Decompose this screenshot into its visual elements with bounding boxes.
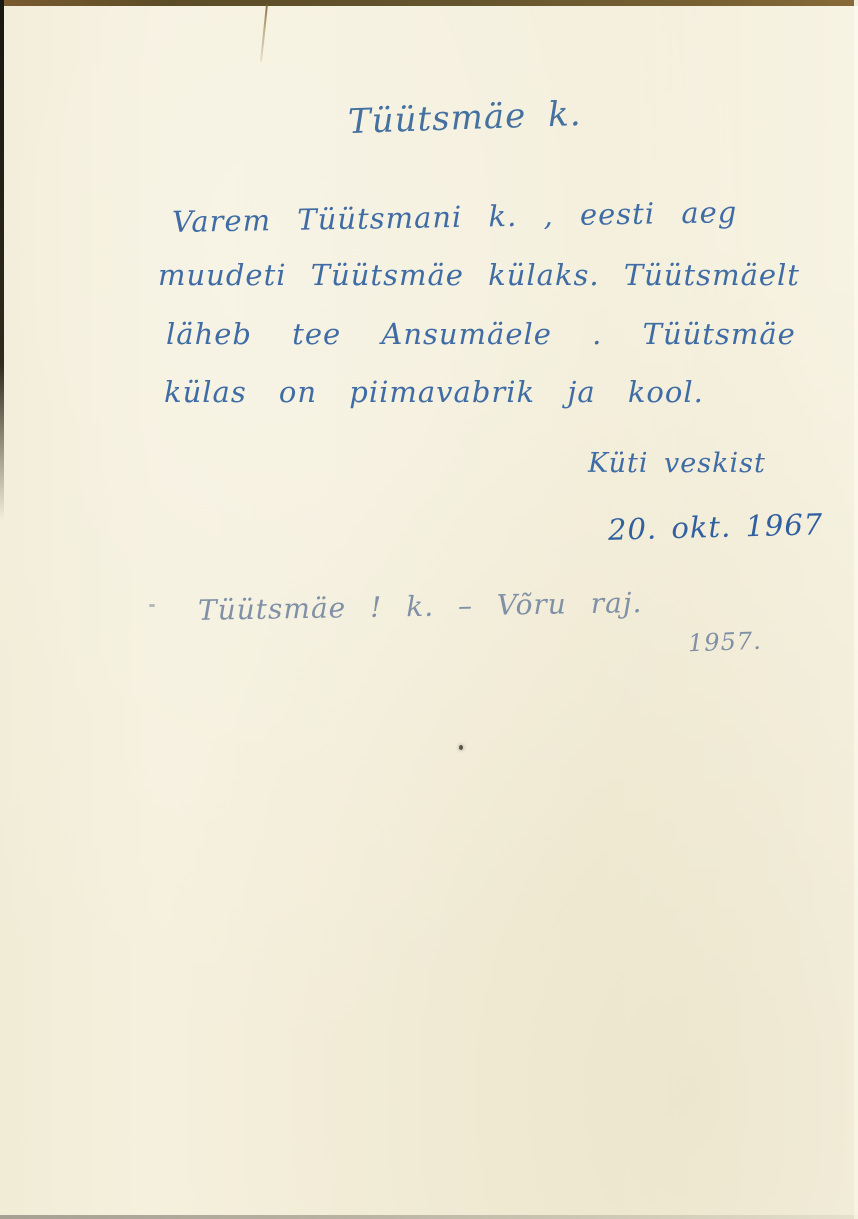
body-line-4: külas on piimavabrik ja kool. (164, 375, 704, 409)
bottom-annotation: Tüütsmäe ! k. – Võru raj. (198, 586, 643, 627)
margin-fleck (149, 604, 155, 607)
body-line-3: läheb tee Ansumäele . Tüütsmäe (166, 317, 796, 351)
scan-edge-right (854, 0, 858, 1219)
scanned-card: Tüütsmäe k. Varem Tüütsmani k. , eesti a… (0, 0, 858, 1219)
scan-edge-bottom (0, 1215, 858, 1219)
ink-speck (459, 745, 463, 750)
card-title: Tüütsmäe k. (347, 94, 582, 142)
record-date: 20. okt. 1967 (608, 507, 824, 547)
bottom-annotation-year: 1957. (688, 627, 763, 658)
paper-crease-mark (260, 4, 268, 62)
body-line-1: Varem Tüütsmani k. , eesti aeg (172, 195, 738, 239)
body-line-2: muudeti Tüütsmäe külaks. Tüütsmäelt (158, 258, 800, 292)
source-attribution: Küti veskist (588, 448, 766, 479)
scan-edge-top (0, 0, 858, 6)
scan-edge-left (0, 0, 4, 520)
